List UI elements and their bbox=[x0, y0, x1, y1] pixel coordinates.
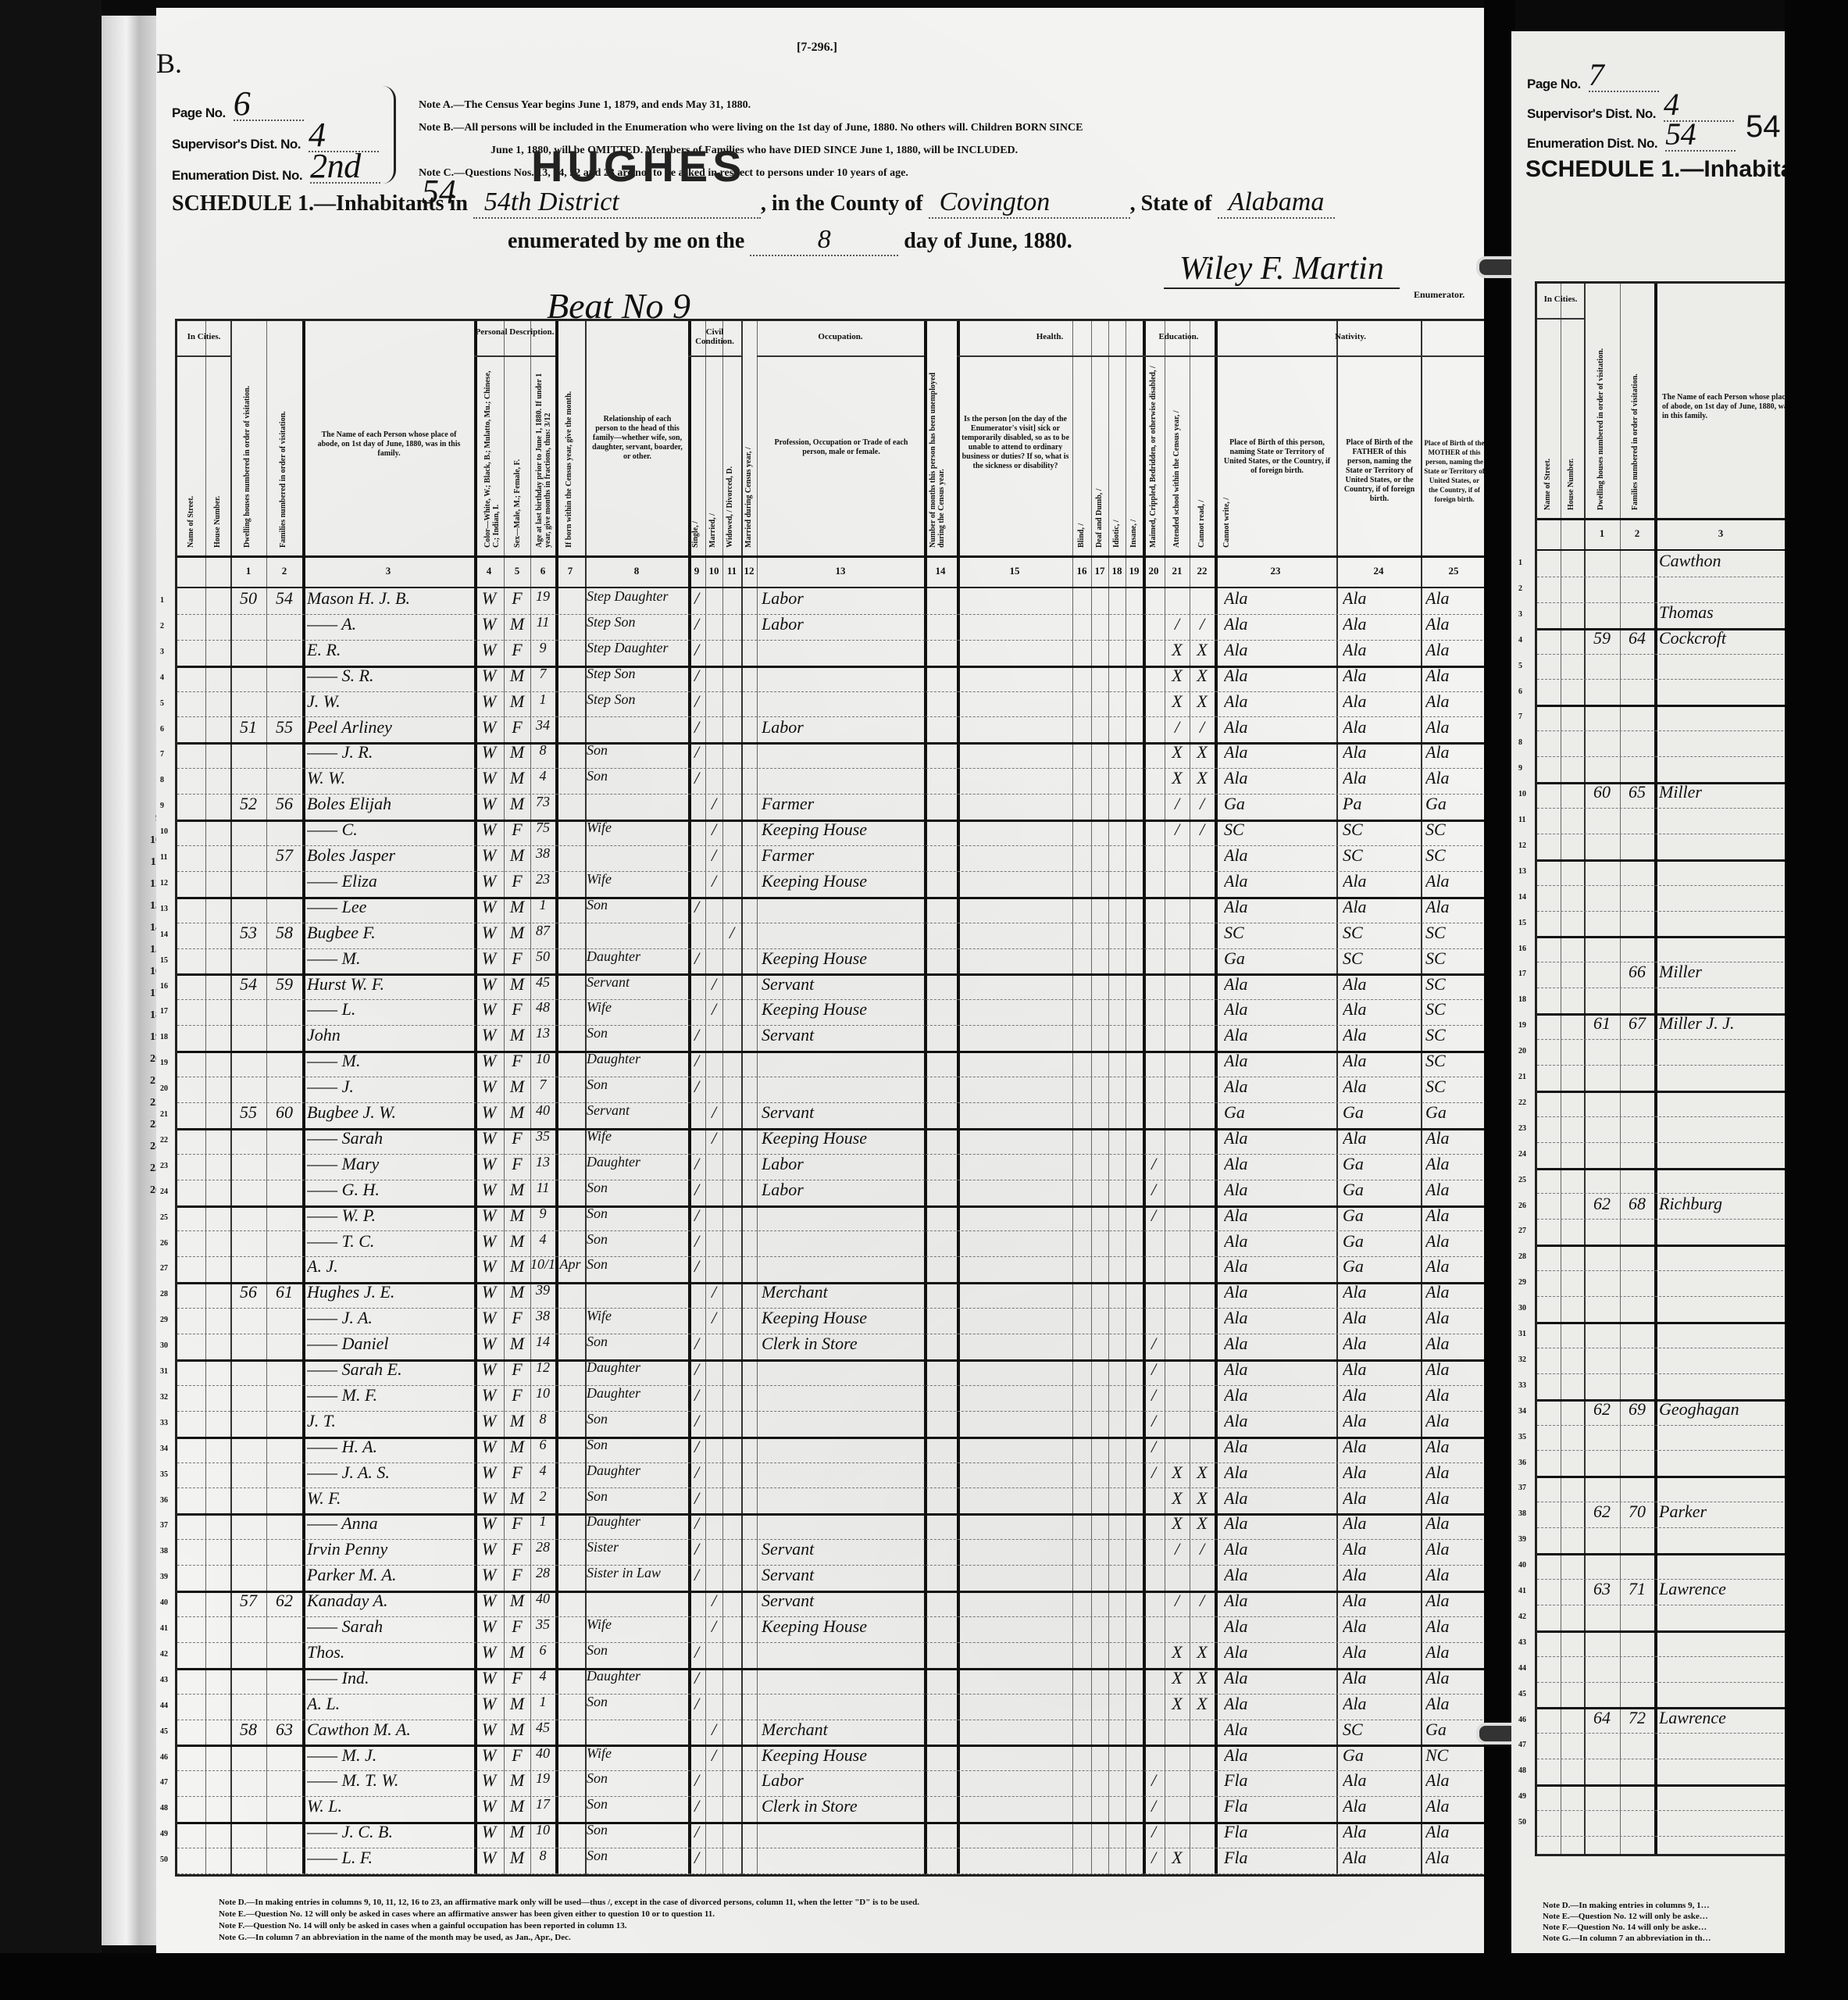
cell-family: 54 bbox=[266, 588, 302, 613]
table-row: 28 bbox=[1537, 1245, 1787, 1271]
header-occupation: Profession, Occupation or Trade of each … bbox=[771, 438, 912, 457]
cell-age: 13 bbox=[530, 1154, 555, 1179]
cell-family bbox=[266, 1359, 302, 1384]
cell-name: Kanaday A. bbox=[307, 1591, 473, 1616]
table-row: 32—— M. F.WF10Daughter//AlaAlaAla bbox=[177, 1385, 1486, 1412]
cell-cannot-write bbox=[1190, 1308, 1215, 1333]
cell-dwelling bbox=[230, 897, 266, 922]
cell-single: / bbox=[688, 1025, 705, 1050]
cell-birth: Ala bbox=[1224, 1411, 1336, 1436]
cell-widowed bbox=[722, 640, 741, 665]
cell-name: Boles Jasper bbox=[307, 845, 473, 870]
cell-dwelling bbox=[230, 1385, 266, 1410]
cell-father-birth: Ala bbox=[1343, 1359, 1421, 1384]
table-row: 7 bbox=[1537, 705, 1787, 731]
table-row: 18JohnWM13Son/ServantAlaAlaSC bbox=[177, 1025, 1486, 1053]
cell-mother-birth: Ala bbox=[1425, 1205, 1486, 1230]
cell-sex: F bbox=[504, 1154, 530, 1179]
header-cannot-write: Cannot write, / bbox=[1222, 477, 1231, 548]
table-row: 45964Cockcroft bbox=[1537, 628, 1787, 655]
cell-dwelling bbox=[230, 1694, 266, 1719]
cell-sex: F bbox=[504, 1385, 530, 1410]
cell-family bbox=[266, 897, 302, 922]
cell-relation: Son bbox=[587, 1642, 688, 1667]
cell-birth: Ala bbox=[1224, 1745, 1336, 1770]
cell-mother-birth: Ala bbox=[1425, 1462, 1486, 1487]
cell-dwelling: 62 bbox=[1584, 1194, 1620, 1219]
cell-dwelling bbox=[230, 1128, 266, 1153]
cell-widowed bbox=[722, 1359, 741, 1384]
cell-sex: M bbox=[504, 1231, 530, 1256]
cell-dwelling bbox=[230, 1539, 266, 1564]
cell-single: / bbox=[688, 1642, 705, 1667]
cell-school bbox=[1143, 1051, 1165, 1076]
cell-married bbox=[705, 1437, 722, 1462]
cell-cannot-write bbox=[1190, 1334, 1215, 1359]
table-row: 23 bbox=[1537, 1116, 1787, 1143]
cell-month bbox=[555, 1411, 585, 1436]
cell-single: / bbox=[688, 1051, 705, 1076]
table-row: 34—— H. A.WM6Son//AlaAlaAla bbox=[177, 1437, 1486, 1463]
cell-mother-birth: Ala bbox=[1425, 666, 1486, 691]
cell-color: W bbox=[474, 666, 504, 691]
cell-occupation bbox=[762, 897, 924, 922]
cell-color: W bbox=[474, 1848, 504, 1873]
cell-dwelling: 56 bbox=[230, 1282, 266, 1307]
cell-family bbox=[266, 871, 302, 896]
supervisor-district-field: Supervisor's Dist. No. 4 bbox=[172, 121, 406, 152]
cell-school: / bbox=[1143, 1437, 1165, 1462]
cell-age: 1 bbox=[530, 1694, 555, 1719]
cell-cannot-read bbox=[1165, 1411, 1190, 1436]
line-number: 10 bbox=[1518, 790, 1526, 798]
cell-dwelling bbox=[230, 871, 266, 896]
cell-widowed bbox=[722, 1205, 741, 1230]
cell-dwelling: 62 bbox=[1584, 1502, 1620, 1527]
page-7-census-table: In Cities. Name of Street. House Number.… bbox=[1535, 281, 1787, 1856]
table-row: 48 bbox=[1537, 1759, 1787, 1787]
cell-dwelling bbox=[230, 1359, 266, 1384]
enumeration-district-field: Enumeration Dist. No. 2nd bbox=[172, 152, 406, 184]
cell-birth: Ala bbox=[1224, 1077, 1336, 1102]
cell-name: Parker M. A. bbox=[307, 1565, 473, 1590]
cell-single bbox=[688, 1591, 705, 1616]
cell-occupation bbox=[762, 640, 924, 665]
cell-age: 10 bbox=[530, 1051, 555, 1076]
cell-occupation bbox=[762, 768, 924, 793]
cell-mother-birth: Ala bbox=[1425, 1770, 1486, 1795]
header-age: Age at last birthday prior to June 1, 18… bbox=[535, 360, 554, 548]
table-row: 386270Parker bbox=[1537, 1502, 1787, 1528]
cell-cannot-write bbox=[1190, 588, 1215, 613]
cell-birth: Ala bbox=[1224, 1385, 1336, 1410]
cell-father-birth: Ala bbox=[1343, 666, 1421, 691]
cell-relation: Son bbox=[587, 1822, 688, 1847]
cell-birth: Ala bbox=[1224, 588, 1336, 613]
cell-month bbox=[555, 717, 585, 742]
cell-family bbox=[266, 1180, 302, 1205]
line-number: 15 bbox=[1518, 919, 1526, 927]
cell-single: / bbox=[688, 742, 705, 767]
cell-relation: Wife bbox=[587, 1745, 688, 1770]
cell-married bbox=[705, 1025, 722, 1050]
header-maimed: Maimed, Crippled, Bedridden, or otherwis… bbox=[1149, 360, 1158, 548]
cell-cannot-read bbox=[1165, 1051, 1190, 1076]
table-row: 22—— SarahWF35Wife/Keeping HouseAlaAlaAl… bbox=[177, 1128, 1486, 1155]
cell-married bbox=[705, 1051, 722, 1076]
cell-widowed bbox=[722, 666, 741, 691]
table-row: 8 bbox=[1537, 730, 1787, 757]
line-number: 11 bbox=[1518, 816, 1525, 824]
cell-school bbox=[1143, 1308, 1165, 1333]
cell-name: W. F. bbox=[307, 1488, 473, 1513]
group-civil: Civil Condition. bbox=[688, 327, 741, 346]
line-number: 4 bbox=[1518, 636, 1522, 645]
cell-family bbox=[266, 1411, 302, 1436]
cell-single: / bbox=[688, 666, 705, 691]
cell-school bbox=[1143, 1102, 1165, 1127]
cell-cannot-read bbox=[1165, 1334, 1190, 1359]
cell-color: W bbox=[474, 1668, 504, 1693]
cell-cannot-write bbox=[1190, 1154, 1215, 1179]
cell-color: W bbox=[474, 1231, 504, 1256]
line-number: 49 bbox=[1518, 1792, 1526, 1801]
cell-single bbox=[688, 1720, 705, 1745]
cell-school bbox=[1143, 717, 1165, 742]
line-number: 17 bbox=[160, 1007, 168, 1016]
cell-month bbox=[555, 1025, 585, 1050]
cell-family bbox=[266, 1462, 302, 1487]
cell-father-birth: Ala bbox=[1343, 1848, 1421, 1873]
line-number: 33 bbox=[1518, 1381, 1526, 1390]
cell-father-birth: Ala bbox=[1343, 1462, 1421, 1487]
cell-married bbox=[705, 948, 722, 973]
cell-married bbox=[705, 1822, 722, 1847]
table-row: 31 bbox=[1537, 1322, 1787, 1348]
table-row: 43 bbox=[1537, 1630, 1787, 1657]
line-number: 12 bbox=[1518, 841, 1526, 850]
cell-mother-birth: Ala bbox=[1425, 1334, 1486, 1359]
cell-cannot-write: X bbox=[1190, 666, 1215, 691]
line-number: 28 bbox=[1518, 1252, 1526, 1261]
table-row: 14 bbox=[1537, 885, 1787, 912]
cell-name: —— W. P. bbox=[307, 1205, 473, 1230]
group-personal: Personal Description. bbox=[474, 327, 555, 337]
cell-name: —— A. bbox=[307, 614, 473, 639]
cell-married bbox=[705, 1668, 722, 1693]
cell-school bbox=[1143, 1694, 1165, 1719]
cell-single bbox=[688, 1308, 705, 1333]
cell-birth: Ala bbox=[1224, 871, 1336, 896]
cell-sex: M bbox=[504, 1334, 530, 1359]
cell-age: 35 bbox=[530, 1128, 555, 1153]
cell-cannot-read: X bbox=[1165, 1488, 1190, 1513]
cell-relation: Wife bbox=[587, 1616, 688, 1641]
cell-dwelling bbox=[230, 1411, 266, 1436]
line-number: 42 bbox=[160, 1650, 168, 1659]
table-row: 3E. R.WF9Step Daughter/XXAlaAlaAla bbox=[177, 640, 1486, 668]
cell-family bbox=[266, 1822, 302, 1847]
cell-color: W bbox=[474, 1488, 504, 1513]
cell-widowed bbox=[722, 614, 741, 639]
cell-name: —— Sarah E. bbox=[307, 1359, 473, 1384]
line-number: 6 bbox=[1518, 687, 1522, 696]
cell-cannot-write bbox=[1190, 1848, 1215, 1873]
cell-single bbox=[688, 1616, 705, 1641]
line-number: 1 bbox=[160, 596, 164, 605]
cell-cannot-read: / bbox=[1165, 717, 1190, 742]
cell-married: / bbox=[705, 1720, 722, 1745]
cell-school bbox=[1143, 897, 1165, 922]
cell-relation: Daughter bbox=[587, 1154, 688, 1179]
cell-married bbox=[705, 691, 722, 716]
cell-month bbox=[555, 1462, 585, 1487]
cell-family: 59 bbox=[266, 974, 302, 999]
cell-age: 4 bbox=[530, 1462, 555, 1487]
cell-color: W bbox=[474, 1720, 504, 1745]
cell-widowed bbox=[722, 1694, 741, 1719]
cell-month bbox=[555, 640, 585, 665]
cell-school bbox=[1143, 691, 1165, 716]
cell-family: 72 bbox=[1620, 1708, 1654, 1733]
cell-married: / bbox=[705, 871, 722, 896]
schedule-title: SCHEDULE 1.—Inhabitants in 54th District… bbox=[172, 187, 1484, 219]
cell-occupation: Keeping House bbox=[762, 1616, 924, 1641]
cell-birth: Ala bbox=[1224, 1154, 1336, 1179]
cell-age: 6 bbox=[530, 1642, 555, 1667]
group-in-cities: In Cities. bbox=[177, 332, 230, 341]
table-row: 25 bbox=[1537, 1168, 1787, 1195]
cell-sex: M bbox=[504, 1256, 530, 1281]
cell-single: / bbox=[688, 1668, 705, 1693]
cell-sex: M bbox=[504, 1796, 530, 1821]
cell-sex: F bbox=[504, 1668, 530, 1693]
cell-name: —— J. bbox=[307, 1077, 473, 1102]
cell-birth: Ala bbox=[1224, 1025, 1336, 1050]
cell-occupation bbox=[762, 1668, 924, 1693]
cell-widowed bbox=[722, 1308, 741, 1333]
cell-widowed: / bbox=[722, 923, 741, 948]
cell-mother-birth: Ala bbox=[1425, 1822, 1486, 1847]
cell-father-birth: Ala bbox=[1343, 1539, 1421, 1564]
cell-month bbox=[555, 1848, 585, 1873]
table-row: 48W. L.WM17Son/Clerk in Store/FlaAlaAla bbox=[177, 1796, 1486, 1824]
cell-single bbox=[688, 820, 705, 845]
line-number: 26 bbox=[1518, 1202, 1526, 1210]
line-number: 46 bbox=[160, 1753, 168, 1762]
cell-relation: Wife bbox=[587, 1308, 688, 1333]
table-row: 24 bbox=[1537, 1142, 1787, 1170]
cell-relation: Wife bbox=[587, 820, 688, 845]
cell-relation: Servant bbox=[587, 974, 688, 999]
cell-color: W bbox=[474, 1385, 504, 1410]
cell-birth: Ala bbox=[1224, 691, 1336, 716]
cell-birth: Ala bbox=[1224, 974, 1336, 999]
cell-month bbox=[555, 614, 585, 639]
cell-mother-birth: Ala bbox=[1425, 742, 1486, 767]
header-blind: Blind, / bbox=[1077, 493, 1086, 548]
table-row: 47 bbox=[1537, 1733, 1787, 1759]
header-sex: Sex—Male, M.; Female, F. bbox=[513, 438, 522, 548]
cell-family: 61 bbox=[266, 1282, 302, 1307]
cell-occupation: Keeping House bbox=[762, 948, 924, 973]
cell-dwelling bbox=[230, 614, 266, 639]
cell-age: 19 bbox=[530, 588, 555, 613]
cell-age: 19 bbox=[530, 1770, 555, 1795]
cell-widowed bbox=[722, 1462, 741, 1487]
line-number: 12 bbox=[160, 879, 168, 887]
cell-married bbox=[705, 1077, 722, 1102]
cell-birth: Ala bbox=[1224, 1565, 1336, 1590]
cell-family bbox=[266, 1256, 302, 1281]
cell-school bbox=[1143, 1591, 1165, 1616]
cell-father-birth: Ala bbox=[1343, 1513, 1421, 1538]
cell-dwelling: 53 bbox=[230, 923, 266, 948]
cell-family bbox=[266, 1848, 302, 1873]
cell-mother-birth: Ala bbox=[1425, 1359, 1486, 1384]
cell-cannot-write: / bbox=[1190, 614, 1215, 639]
cell-name: —— M. F. bbox=[307, 1385, 473, 1410]
page-number: 6 bbox=[234, 88, 304, 121]
cell-family bbox=[266, 1565, 302, 1590]
line-number: 24 bbox=[1518, 1150, 1526, 1159]
cell-married: / bbox=[705, 1128, 722, 1153]
cell-occupation bbox=[762, 1231, 924, 1256]
cell-sex: F bbox=[504, 1539, 530, 1564]
cell-relation bbox=[587, 923, 688, 948]
cell-month bbox=[555, 768, 585, 793]
cell-cannot-write bbox=[1190, 897, 1215, 922]
cell-sex: M bbox=[504, 1642, 530, 1667]
cell-color: W bbox=[474, 1128, 504, 1153]
cell-month bbox=[555, 1770, 585, 1795]
cell-birth: Ala bbox=[1224, 1256, 1336, 1281]
cell-name: John bbox=[307, 1025, 473, 1050]
line-number: 18 bbox=[1518, 995, 1526, 1004]
table-row: 42 bbox=[1537, 1605, 1787, 1633]
cell-sex: F bbox=[504, 1745, 530, 1770]
cell-sex: F bbox=[504, 1128, 530, 1153]
table-row: 42Thos.WM6Son/XXAlaAlaAla bbox=[177, 1642, 1486, 1670]
cell-family bbox=[266, 1231, 302, 1256]
table-row: 40 bbox=[1537, 1553, 1787, 1580]
cell-mother-birth: SC bbox=[1425, 974, 1486, 999]
line-number: 23 bbox=[160, 1162, 168, 1170]
cell-school bbox=[1143, 923, 1165, 948]
cell-birth: Ala bbox=[1224, 1051, 1336, 1076]
cell-widowed bbox=[722, 1231, 741, 1256]
cell-sex: M bbox=[504, 923, 530, 948]
cell-family bbox=[266, 640, 302, 665]
cell-cannot-read bbox=[1165, 999, 1190, 1024]
cell-dwelling bbox=[230, 742, 266, 767]
cell-sex: M bbox=[504, 1102, 530, 1127]
cell-month bbox=[555, 871, 585, 896]
header-family: Families numbered in order of visitation… bbox=[279, 368, 287, 548]
cell-month bbox=[555, 1282, 585, 1307]
cell-sex: F bbox=[504, 717, 530, 742]
cell-single: / bbox=[688, 1539, 705, 1564]
cell-name: Bugbee J. W. bbox=[307, 1102, 473, 1127]
cell-relation bbox=[587, 1720, 688, 1745]
cell-birth: Ala bbox=[1224, 1180, 1336, 1205]
line-number: 20 bbox=[160, 1084, 168, 1093]
cell-occupation bbox=[762, 1385, 924, 1410]
cell-mother-birth: Ala bbox=[1425, 897, 1486, 922]
enumerator-label: Enumerator. bbox=[1414, 289, 1464, 301]
cell-married bbox=[705, 1359, 722, 1384]
cell-school bbox=[1143, 871, 1165, 896]
cell-month bbox=[555, 1385, 585, 1410]
cell-dwelling bbox=[230, 1205, 266, 1230]
cell-single bbox=[688, 1745, 705, 1770]
cell-family bbox=[266, 666, 302, 691]
cell-cannot-read bbox=[1165, 1720, 1190, 1745]
cell-color: W bbox=[474, 1437, 504, 1462]
line-number: 4 bbox=[160, 673, 164, 682]
cell-relation: Sister in Law bbox=[587, 1565, 688, 1590]
cell-name: W. L. bbox=[307, 1796, 473, 1821]
cell-name: —— L. F. bbox=[307, 1848, 473, 1873]
cell-occupation bbox=[762, 1488, 924, 1513]
cell-married bbox=[705, 1256, 722, 1281]
cell-single: / bbox=[688, 1334, 705, 1359]
table-row: 11 bbox=[1537, 808, 1787, 834]
cell-father-birth: Ga bbox=[1343, 1154, 1421, 1179]
cell-school: / bbox=[1143, 1796, 1165, 1821]
cell-mother-birth: Ga bbox=[1425, 794, 1486, 819]
table-row: 15—— M.WF50Daughter/Keeping HouseGaSCSC bbox=[177, 948, 1486, 977]
table-row: 47—— M. T. W.WM19Son/Labor/FlaAlaAla bbox=[177, 1770, 1486, 1797]
cell-cannot-write: / bbox=[1190, 1591, 1215, 1616]
cell-occupation: Servant bbox=[762, 1102, 924, 1127]
cell-school bbox=[1143, 1128, 1165, 1153]
cell-age: 28 bbox=[530, 1565, 555, 1590]
cell-widowed bbox=[722, 1668, 741, 1693]
line-number: 47 bbox=[160, 1778, 168, 1787]
line-number: 32 bbox=[160, 1393, 168, 1402]
cell-color: W bbox=[474, 1205, 504, 1230]
cell-age: 8 bbox=[530, 1848, 555, 1873]
cell-occupation bbox=[762, 1077, 924, 1102]
cell-birth: Ga bbox=[1224, 794, 1336, 819]
table-row: 21 bbox=[1537, 1065, 1787, 1093]
cell-mother-birth: Ala bbox=[1425, 1539, 1486, 1564]
line-number: 34 bbox=[160, 1445, 168, 1453]
cell-dwelling bbox=[230, 1745, 266, 1770]
cell-sex: M bbox=[504, 897, 530, 922]
table-row: 2—— A.WM11Step Son/Labor//AlaAlaAla bbox=[177, 614, 1486, 641]
cell-father-birth: Ala bbox=[1343, 1334, 1421, 1359]
cell-father-birth: Ga bbox=[1343, 1180, 1421, 1205]
table-row: 1766Miller bbox=[1537, 962, 1787, 988]
cell-dwelling bbox=[230, 1848, 266, 1873]
cell-mother-birth: SC bbox=[1425, 820, 1486, 845]
line-number: 42 bbox=[1518, 1612, 1526, 1621]
cell-occupation: Clerk in Store bbox=[762, 1334, 924, 1359]
cell-family bbox=[1620, 602, 1654, 627]
cell-sex: M bbox=[504, 974, 530, 999]
cell-color: W bbox=[474, 614, 504, 639]
line-number: 29 bbox=[1518, 1278, 1526, 1287]
line-number: 38 bbox=[160, 1547, 168, 1555]
cell-occupation: Keeping House bbox=[762, 871, 924, 896]
cell-dwelling bbox=[230, 1822, 266, 1847]
line-number: 35 bbox=[1518, 1433, 1526, 1441]
table-row: 10—— C.WF75Wife/Keeping House//SCSCSC bbox=[177, 820, 1486, 846]
cell-widowed bbox=[722, 1256, 741, 1281]
cell-father-birth: Ala bbox=[1343, 691, 1421, 716]
